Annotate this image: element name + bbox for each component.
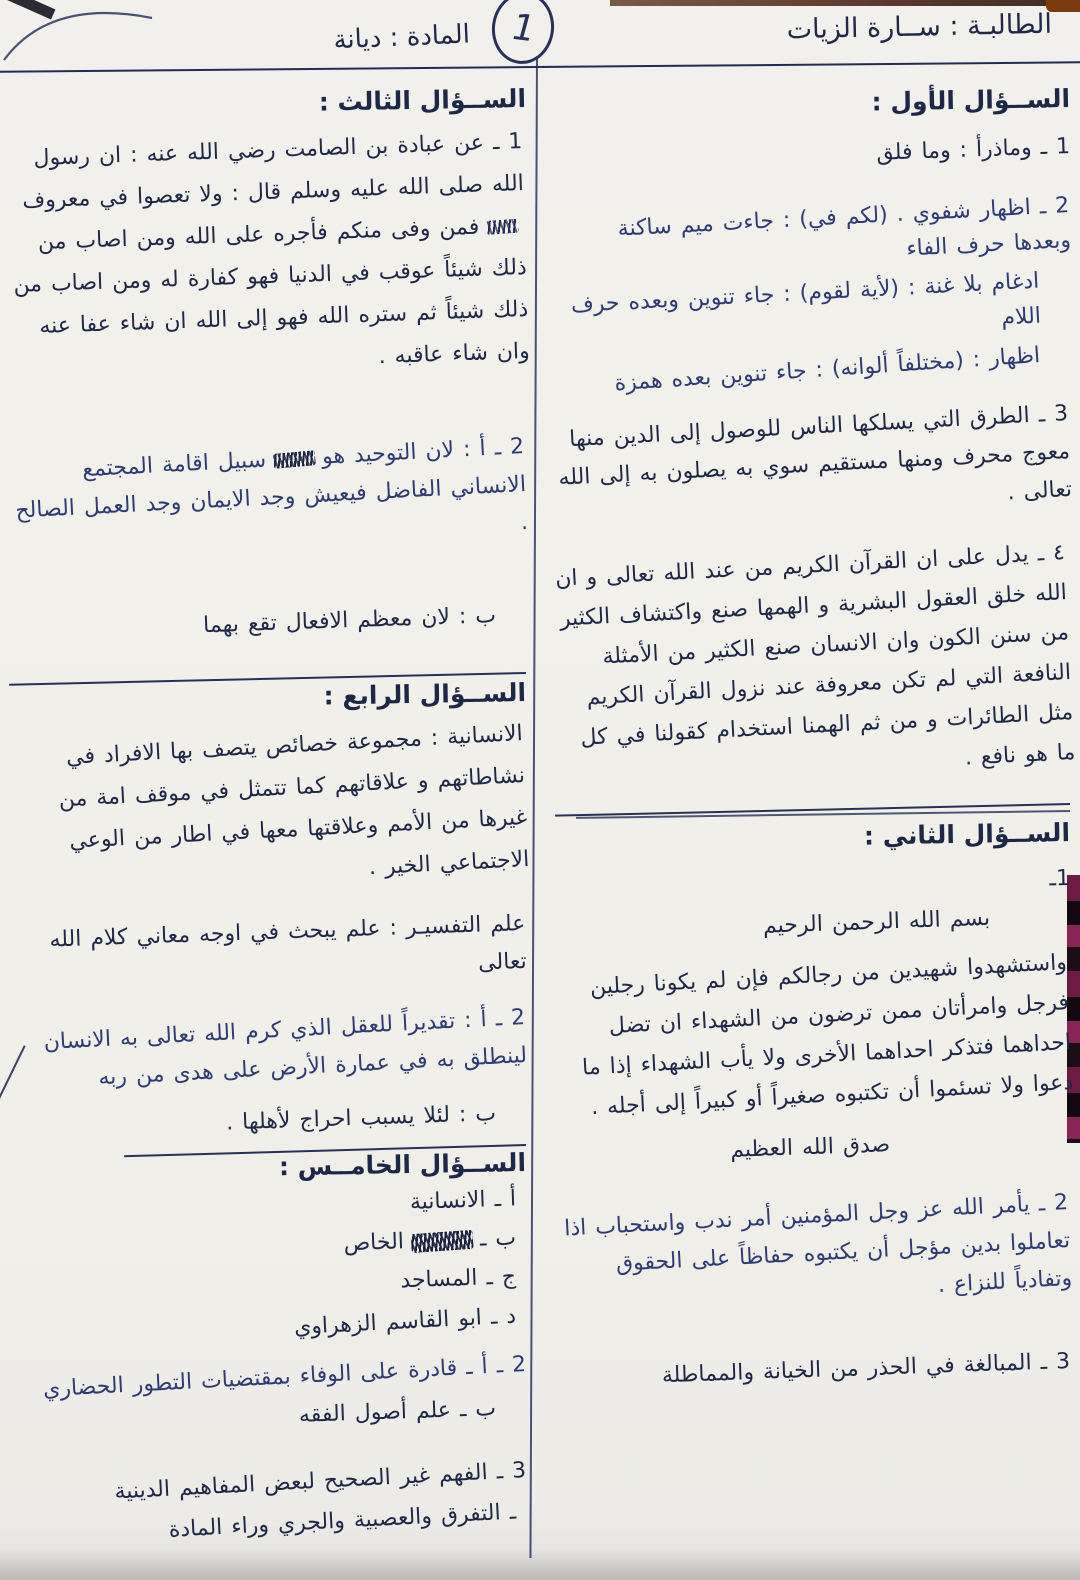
photo-edge-bottom-shadow xyxy=(0,1548,1080,1580)
q4-answer-2a: 2 ـ أ : تقديراً للعقل الذي كرم الله تعال… xyxy=(3,999,528,1102)
question-3-title: الســؤال الثالث : xyxy=(4,84,526,122)
q2-verse: واستشهدوا شهيدين من رجالكم فإن لم يكونا … xyxy=(552,943,1075,1130)
subject-label: المادة : ديانة xyxy=(169,19,470,62)
crossed-out-word-icon xyxy=(273,450,316,469)
crossed-out-word-icon xyxy=(486,219,519,235)
q4-definition-1: الانسانية : مجموعة خصائص يتصف بها الافرا… xyxy=(0,713,530,908)
q3-answer-2a-part1: 2 ـ أ : لان التوحيد هو xyxy=(321,434,524,470)
q1-answer-4: ٤ ـ يدل على ان القرآن الكريم من عند الله… xyxy=(549,533,1076,800)
photo-edge-top xyxy=(610,0,1080,6)
q4-definition-2: علم التفسيـر : علم يبحث في اوجه معاني كل… xyxy=(3,905,527,999)
q5-item-b-answer: الخاص xyxy=(343,1229,404,1256)
crossed-out-word-icon xyxy=(410,1229,473,1252)
page-number: 1 xyxy=(506,7,539,50)
question-1-title: الســؤال الأول : xyxy=(555,84,1070,122)
student-name: الطالبـة : ســارة الزيات xyxy=(552,9,1053,50)
q1-answer-1: 1 ـ وماذرأ : وما فلق xyxy=(555,129,1071,182)
q4-answer-2b: ب : لئلا يسبب احراج لأهلها . xyxy=(4,1095,527,1148)
exam-answer-sheet: الطالبـة : ســارة الزيات المادة : ديانة … xyxy=(0,0,1080,1580)
page-number-badge: 1 xyxy=(488,0,558,68)
q1-answer-3: 3 ـ الطرق التي يسلكها الناس للوصول إلى ا… xyxy=(553,395,1073,536)
column-divider-line xyxy=(529,58,538,1558)
q3-answer-1-part2: فمن وفى منكم فأجره على الله ومن اصاب من … xyxy=(13,215,530,370)
q2-answer-2: 2 ـ يأمر الله عز وجل المؤمنين أمر ندب وا… xyxy=(553,1184,1073,1325)
left-column: الســؤال الثالث : 1 ـ عن عبادة بن الصامت… xyxy=(4,84,526,1529)
q5-item-b-label: ب ـ xyxy=(479,1225,516,1251)
q2-tasdiq: صدق الله العظيم xyxy=(555,1121,1071,1174)
pen-stroke-top-left xyxy=(0,2,170,72)
question-2-title: الســؤال الثاني : xyxy=(555,818,1070,856)
q3-answer-2a: 2 ـ أ : لان التوحيد هوسبيل اقامة المجتمع… xyxy=(2,428,529,569)
question-5-title: الســؤال الخامــس : xyxy=(4,1148,526,1186)
q2-answer-3: 3 ـ المبالغة في الحذر من الخيانة والمماط… xyxy=(555,1344,1071,1397)
q2-basmala: بسم الله الرحمن الرحيم xyxy=(555,898,1071,951)
right-column: الســؤال الأول : 1 ـ وماذرأ : وما فلق 2 … xyxy=(555,84,1070,1379)
q3-answer-1: 1 ـ عن عبادة بن الصامت رضي الله عنه : ان… xyxy=(0,121,530,391)
q3-answer-2b: ب : لان معظم الافعال تقع بهما xyxy=(4,597,527,650)
q3-answer-1-part1: 1 ـ عن عبادة بن الصامت رضي الله عنه : ان… xyxy=(22,129,524,213)
